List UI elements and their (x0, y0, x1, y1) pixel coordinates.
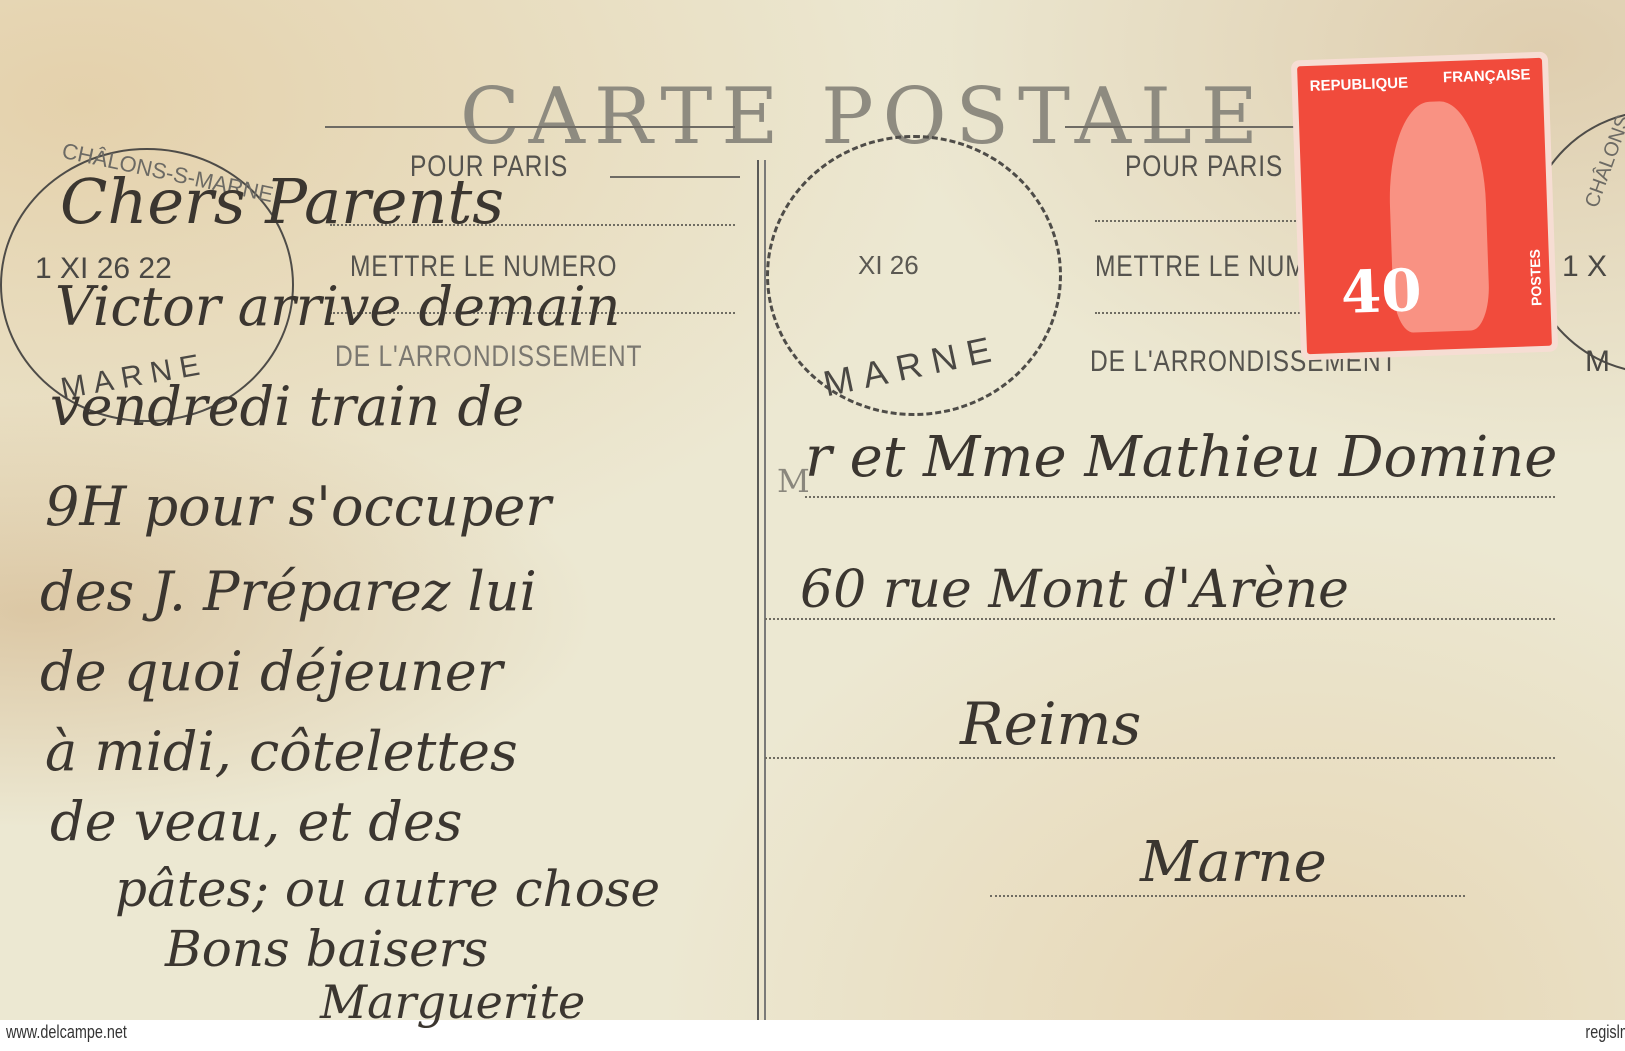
message-line: des J. Préparez lui (40, 560, 537, 623)
message-line: à midi, côtelettes (45, 720, 518, 783)
message-signature: Marguerite (320, 975, 585, 1029)
slogan-rule (1065, 126, 1305, 128)
address-rule (805, 496, 1555, 498)
footer-source-link[interactable]: www.delcampe.net (6, 1022, 127, 1051)
address-line2: 60 rue Mont d'Arène (800, 560, 1349, 620)
address-line3: Reims (960, 690, 1141, 758)
slogan-right-line1: POUR PARIS (1125, 150, 1283, 184)
message-line: vendredi train de (50, 375, 524, 438)
footer-seller-name: regislmx (1585, 1022, 1625, 1051)
stamp-value: 40 (1340, 256, 1423, 327)
stamp-label: POSTES (1527, 249, 1545, 306)
address-line1: r et Mme Mathieu Domine (805, 425, 1557, 490)
postage-stamp: REPUBLIQUE FRANÇAISE 40 POSTES (1297, 58, 1552, 354)
slogan-rule (610, 176, 740, 178)
message-line: Chers Parents (60, 165, 504, 238)
right-cancel-date: 1 X (1562, 250, 1607, 284)
message-line: de veau, et des (50, 790, 463, 853)
address-line4: Marne (1140, 830, 1327, 895)
address-rule (765, 757, 1555, 759)
stamp-country-right: FRANÇAISE (1443, 66, 1531, 86)
slogan-left-line3: DE L'ARRONDISSEMENT (335, 340, 642, 374)
message-line: de quoi déjeuner (40, 640, 503, 703)
message-line: pâtes; ou autre chose (115, 860, 660, 918)
slogan-rule (325, 126, 735, 128)
stamp-country-left: REPUBLIQUE (1309, 75, 1408, 95)
postcard: CARTE POSTALE POUR PARIS METTRE LE NUMER… (0, 0, 1625, 1020)
center-cancel-date: XI 26 (858, 250, 919, 281)
center-divider (757, 160, 759, 1020)
right-cancel-department: M (1585, 345, 1610, 379)
address-rule (990, 895, 1465, 897)
message-line: Bons baisers (165, 920, 488, 978)
message-line: 9H pour s'occuper (45, 475, 551, 538)
message-line: Victor arrive demain (55, 275, 620, 338)
